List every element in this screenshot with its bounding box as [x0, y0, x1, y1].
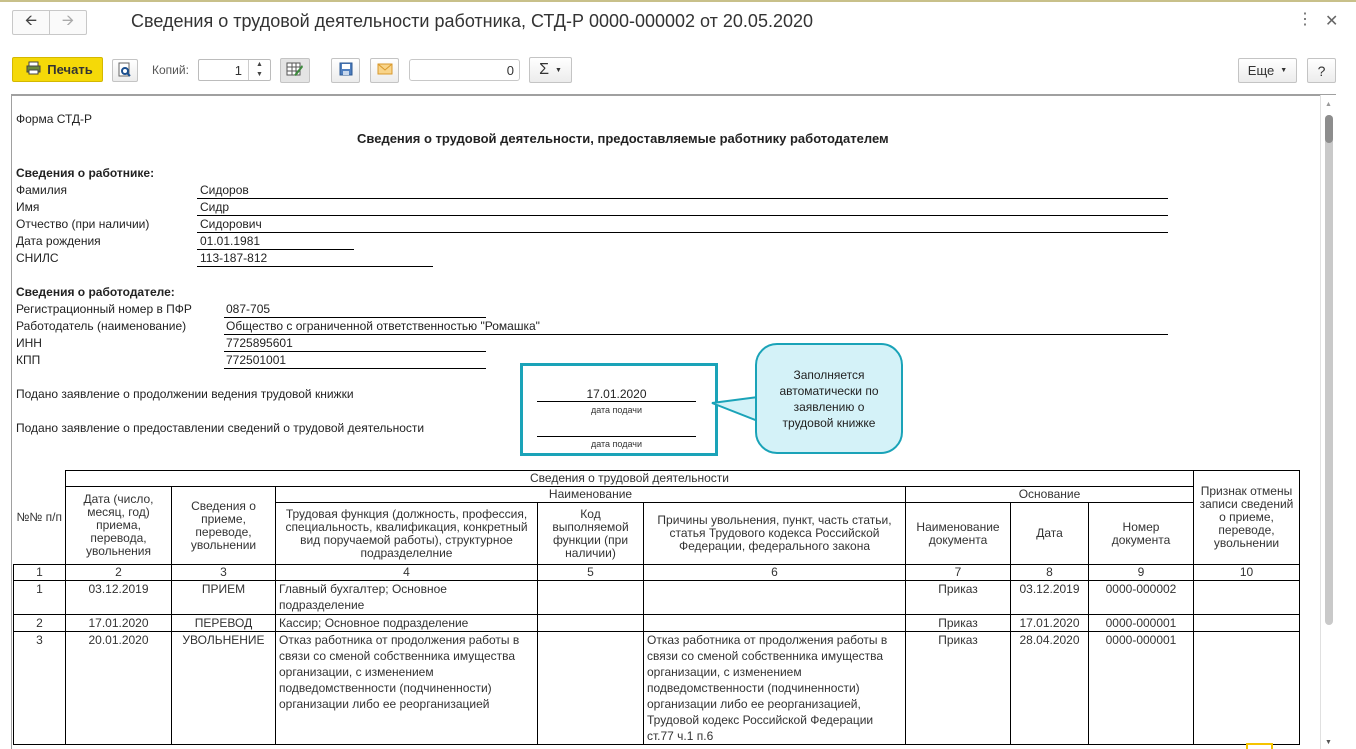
copies-input[interactable]: 1 ▲ ▼ [198, 59, 271, 81]
help-button[interactable]: ? [1307, 58, 1336, 83]
kpp-label: КПП [16, 353, 40, 368]
cell-number: 1 [14, 581, 66, 615]
header-col-6: Причины увольнения, пункт, часть статьи,… [644, 503, 906, 565]
header-col-8: Дата [1011, 503, 1089, 565]
cell-function-code [538, 581, 644, 615]
column-number: 6 [644, 565, 906, 581]
cell-reason [644, 581, 906, 615]
cell-doc-date: 28.04.2020 [1011, 632, 1089, 745]
send-email-button[interactable] [370, 58, 399, 83]
birthdate-value: 01.01.1981 [200, 234, 260, 249]
printer-icon [26, 61, 41, 78]
arrow-right-icon: 🡪 [62, 10, 74, 35]
stepper-up-icon[interactable]: ▲ [249, 60, 270, 70]
column-number: 8 [1011, 565, 1089, 581]
kpp-value: 772501001 [226, 353, 286, 368]
stepper-down-icon[interactable]: ▼ [249, 70, 270, 80]
sum-value: 0 [507, 63, 514, 78]
cell-cancel-flag [1194, 581, 1300, 615]
cell-date: 03.12.2019 [66, 581, 172, 615]
snils-value: 113-187-812 [200, 251, 267, 266]
birthdate-label: Дата рождения [16, 234, 101, 249]
more-button[interactable]: Еще ▼ [1238, 58, 1297, 83]
date-caption: дата подачи [537, 403, 696, 418]
pfr-number-value: 087-705 [226, 302, 270, 317]
cell-doc-number: 0000-000002 [1089, 581, 1194, 615]
naming-header: Наименование [276, 487, 906, 503]
cell-cursor [1246, 743, 1273, 749]
underline [224, 334, 1168, 335]
form-name: Форма СТД-Р [16, 112, 92, 127]
chevron-down-icon: ▼ [555, 67, 562, 74]
cell-doc-number: 0000-000001 [1089, 632, 1194, 745]
underline [197, 198, 1168, 199]
column-number: 9 [1089, 565, 1194, 581]
surname-label: Фамилия [16, 183, 67, 198]
arrow-left-icon: 🡨 [25, 10, 37, 35]
cell-number: 2 [14, 615, 66, 632]
employee-section-heading: Сведения о работнике: [16, 166, 154, 181]
employer-name-value: Общество с ограниченной ответственностью… [226, 319, 540, 334]
envelope-icon [377, 63, 393, 78]
cell-cancel-flag [1194, 632, 1300, 745]
scroll-thumb[interactable] [1325, 115, 1333, 625]
save-button[interactable] [331, 58, 360, 83]
header-col-5: Код выполняемой функции (при наличии) [538, 503, 644, 565]
callout-text: Заполняется автоматически по заявлению о… [774, 367, 884, 431]
column-number: 2 [66, 565, 172, 581]
column-number: 1 [14, 565, 66, 581]
header-col-7: Наименование документа [906, 503, 1011, 565]
cell-date: 17.01.2020 [66, 615, 172, 632]
header-col-9: Номер документа [1089, 503, 1194, 565]
underline [197, 232, 1168, 233]
cell-reason: Отказ работника от продолжения работы в … [644, 632, 906, 745]
more-label: Еще [1248, 63, 1274, 78]
employer-name-label: Работодатель (наименование) [16, 319, 186, 334]
name-value: Сидр [200, 200, 229, 215]
name-label: Имя [16, 200, 39, 215]
cell-reason [644, 615, 906, 632]
close-icon[interactable]: ✕ [1325, 11, 1338, 31]
callout-note: Заполняется автоматически по заявлению о… [755, 343, 903, 454]
cell-cancel-flag [1194, 615, 1300, 632]
navigation-buttons: 🡨 🡪 [12, 10, 87, 35]
print-button[interactable]: Печать [12, 57, 103, 82]
table-edit-icon [286, 61, 304, 80]
cell-position: Главный бухгалтер; Основное подразделени… [276, 581, 538, 615]
cell-event: ПЕРЕВОД [172, 615, 276, 632]
employer-section-heading: Сведения о работодателе: [16, 285, 175, 300]
labor-activity-table: №№ п/п Сведения о трудовой деятельности … [13, 470, 1300, 745]
underline [224, 368, 486, 369]
column-number: 3 [172, 565, 276, 581]
sigma-icon: Σ [539, 61, 549, 79]
underline [197, 215, 1168, 216]
table-row: 3 20.01.2020 УВОЛЬНЕНИЕ Отказ работника … [14, 632, 1300, 745]
inn-label: ИНН [16, 336, 42, 351]
header-col-10: Признак отмены записи сведений о приеме,… [1194, 471, 1300, 565]
cell-doc-number: 0000-000001 [1089, 615, 1194, 632]
back-button[interactable]: 🡨 [13, 11, 49, 34]
cell-position: Отказ работника от продолжения работы в … [276, 632, 538, 745]
basis-header: Основание [906, 487, 1194, 503]
column-number: 7 [906, 565, 1011, 581]
underline [224, 351, 486, 352]
cell-date: 20.01.2020 [66, 632, 172, 745]
vertical-scrollbar[interactable]: ▲ ▼ [1320, 95, 1336, 749]
underline [537, 401, 696, 402]
table-row: 2 17.01.2020 ПЕРЕВОД Кассир; Основное по… [14, 615, 1300, 632]
cell-doc-name: Приказ [906, 615, 1011, 632]
cell-function-code [538, 615, 644, 632]
more-menu-icon[interactable]: ⋮ [1297, 12, 1313, 28]
save-icon [339, 62, 353, 79]
surname-value: Сидоров [200, 183, 249, 198]
underline [197, 249, 354, 250]
column-number: 4 [276, 565, 538, 581]
cell-doc-name: Приказ [906, 581, 1011, 615]
column-number: 5 [538, 565, 644, 581]
table-row: 1 03.12.2019 ПРИЕМ Главный бухгалтер; Ос… [14, 581, 1300, 615]
pfr-number-label: Регистрационный номер в ПФР [16, 302, 192, 317]
cell-event: ПРИЕМ [172, 581, 276, 615]
patronymic-label: Отчество (при наличии) [16, 217, 149, 232]
group-header: Сведения о трудовой деятельности [66, 471, 1194, 487]
statement-workbook-date: 17.01.2020 [537, 387, 696, 402]
chevron-down-icon: ▼ [1280, 67, 1287, 74]
scroll-up-icon[interactable]: ▲ [1325, 101, 1332, 108]
cell-doc-date: 17.01.2020 [1011, 615, 1089, 632]
print-label: Печать [47, 62, 92, 77]
statement-workbook-label: Подано заявление о продолжении ведения т… [16, 387, 354, 402]
copies-stepper[interactable]: ▲ ▼ [248, 60, 270, 80]
snils-label: СНИЛС [16, 251, 59, 266]
underline [197, 266, 433, 267]
cell-number: 3 [14, 632, 66, 745]
scroll-down-icon[interactable]: ▼ [1325, 739, 1332, 746]
cell-doc-name: Приказ [906, 632, 1011, 745]
window-title: Сведения о трудовой деятельности работни… [131, 11, 813, 32]
header-col-2: Дата (число, месяц, год) приема, перевод… [66, 487, 172, 565]
underline [224, 317, 486, 318]
edit-table-button[interactable] [280, 58, 310, 83]
preview-button[interactable] [112, 59, 138, 82]
copies-value: 1 [235, 63, 242, 78]
date-caption: дата подачи [537, 437, 696, 452]
header-col-4: Трудовая функция (должность, профессия, … [276, 503, 538, 565]
statement-info-label: Подано заявление о предоставлении сведен… [16, 421, 424, 436]
sum-dropdown-button[interactable]: Σ ▼ [529, 57, 572, 83]
cell-function-code [538, 632, 644, 745]
header-col-3: Сведения о приеме, переводе, увольнении [172, 487, 276, 565]
inn-value: 7725895601 [226, 336, 293, 351]
cell-position: Кассир; Основное подразделение [276, 615, 538, 632]
copies-label: Копий: [152, 63, 189, 77]
sum-field[interactable]: 0 [409, 59, 520, 81]
forward-button[interactable]: 🡪 [49, 11, 86, 34]
document-title: Сведения о трудовой деятельности, предос… [357, 131, 889, 146]
column-number: 10 [1194, 565, 1300, 581]
cell-doc-date: 03.12.2019 [1011, 581, 1089, 615]
window-top-border [0, 0, 1356, 2]
preview-icon [118, 62, 132, 80]
patronymic-value: Сидорович [200, 217, 262, 232]
cell-event: УВОЛЬНЕНИЕ [172, 632, 276, 745]
header-col-1: №№ п/п [14, 471, 66, 565]
column-numbers-row: 1 2 3 4 5 6 7 8 9 10 [14, 565, 1300, 581]
